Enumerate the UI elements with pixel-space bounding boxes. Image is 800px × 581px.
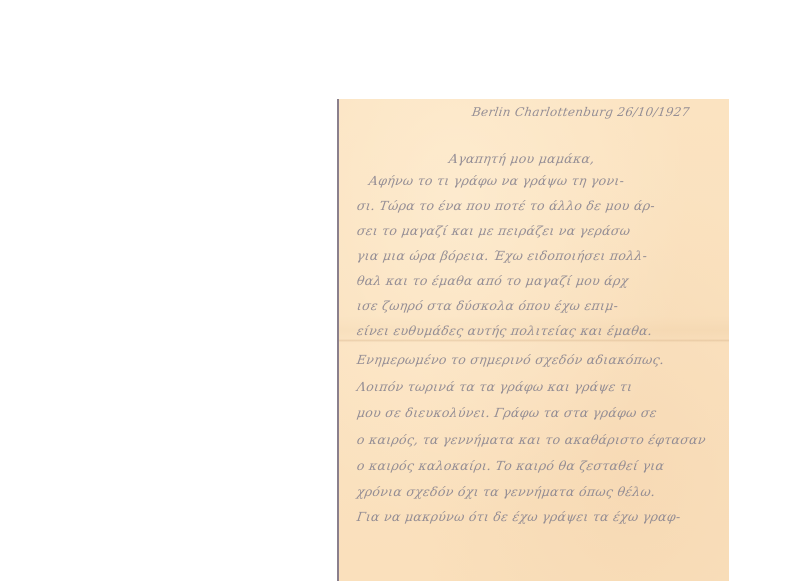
letter-page: Berlin Charlottenburg 26/10/1927 Αγαπητή… — [337, 99, 729, 581]
letter-line: Λοιπόν τωρινά τα τα γράφω και γράψε τι — [356, 379, 634, 394]
letter-line: ο καιρός, τα γεννήματα και το ακαθάριστο… — [356, 432, 707, 447]
letter-line: Αφήνω το τι γράφω να γράψω τη γονι- — [368, 173, 625, 188]
letter-line: Ενημερωμένο το σημερινό σχεδόν αδιακόπως… — [356, 352, 665, 367]
letter-line: για μια ώρα βόρεια. Έχω ειδοποιήσει πολλ… — [356, 248, 648, 263]
paper-fold-crease — [339, 339, 729, 342]
letter-line: ο καιρός καλοκαίρι. Το καιρό θα ζεσταθεί… — [356, 458, 665, 473]
letter-line: Για να μακρύνω ότι δε έχω γράψει τα έχω … — [356, 509, 682, 524]
letter-line: μου σε διευκολύνει. Γράφω τα στα γράφω σ… — [356, 405, 658, 420]
letter-line: σι. Τώρα το ένα που ποτέ το άλλο δε μου … — [356, 198, 656, 213]
letter-place-date: Berlin Charlottenburg 26/10/1927 — [471, 105, 691, 119]
letter-salutation: Αγαπητή μου μαμάκα, — [448, 151, 596, 166]
letter-line: σει το μαγαζί και με πειράζει να γεράσω — [356, 223, 631, 238]
letter-line: ισε ζωηρό στα δύσκολα όπου έχω επιμ- — [356, 298, 619, 313]
letter-line: χρόνια σχεδόν όχι τα γεννήματα όπως θέλω… — [356, 484, 657, 499]
letter-line: θαλ και το έμαθα από το μαγαζί μου άρχ — [356, 273, 630, 288]
letter-line: είνει ευθυμάδες αυτής πολιτείας και έμαθ… — [356, 323, 653, 338]
